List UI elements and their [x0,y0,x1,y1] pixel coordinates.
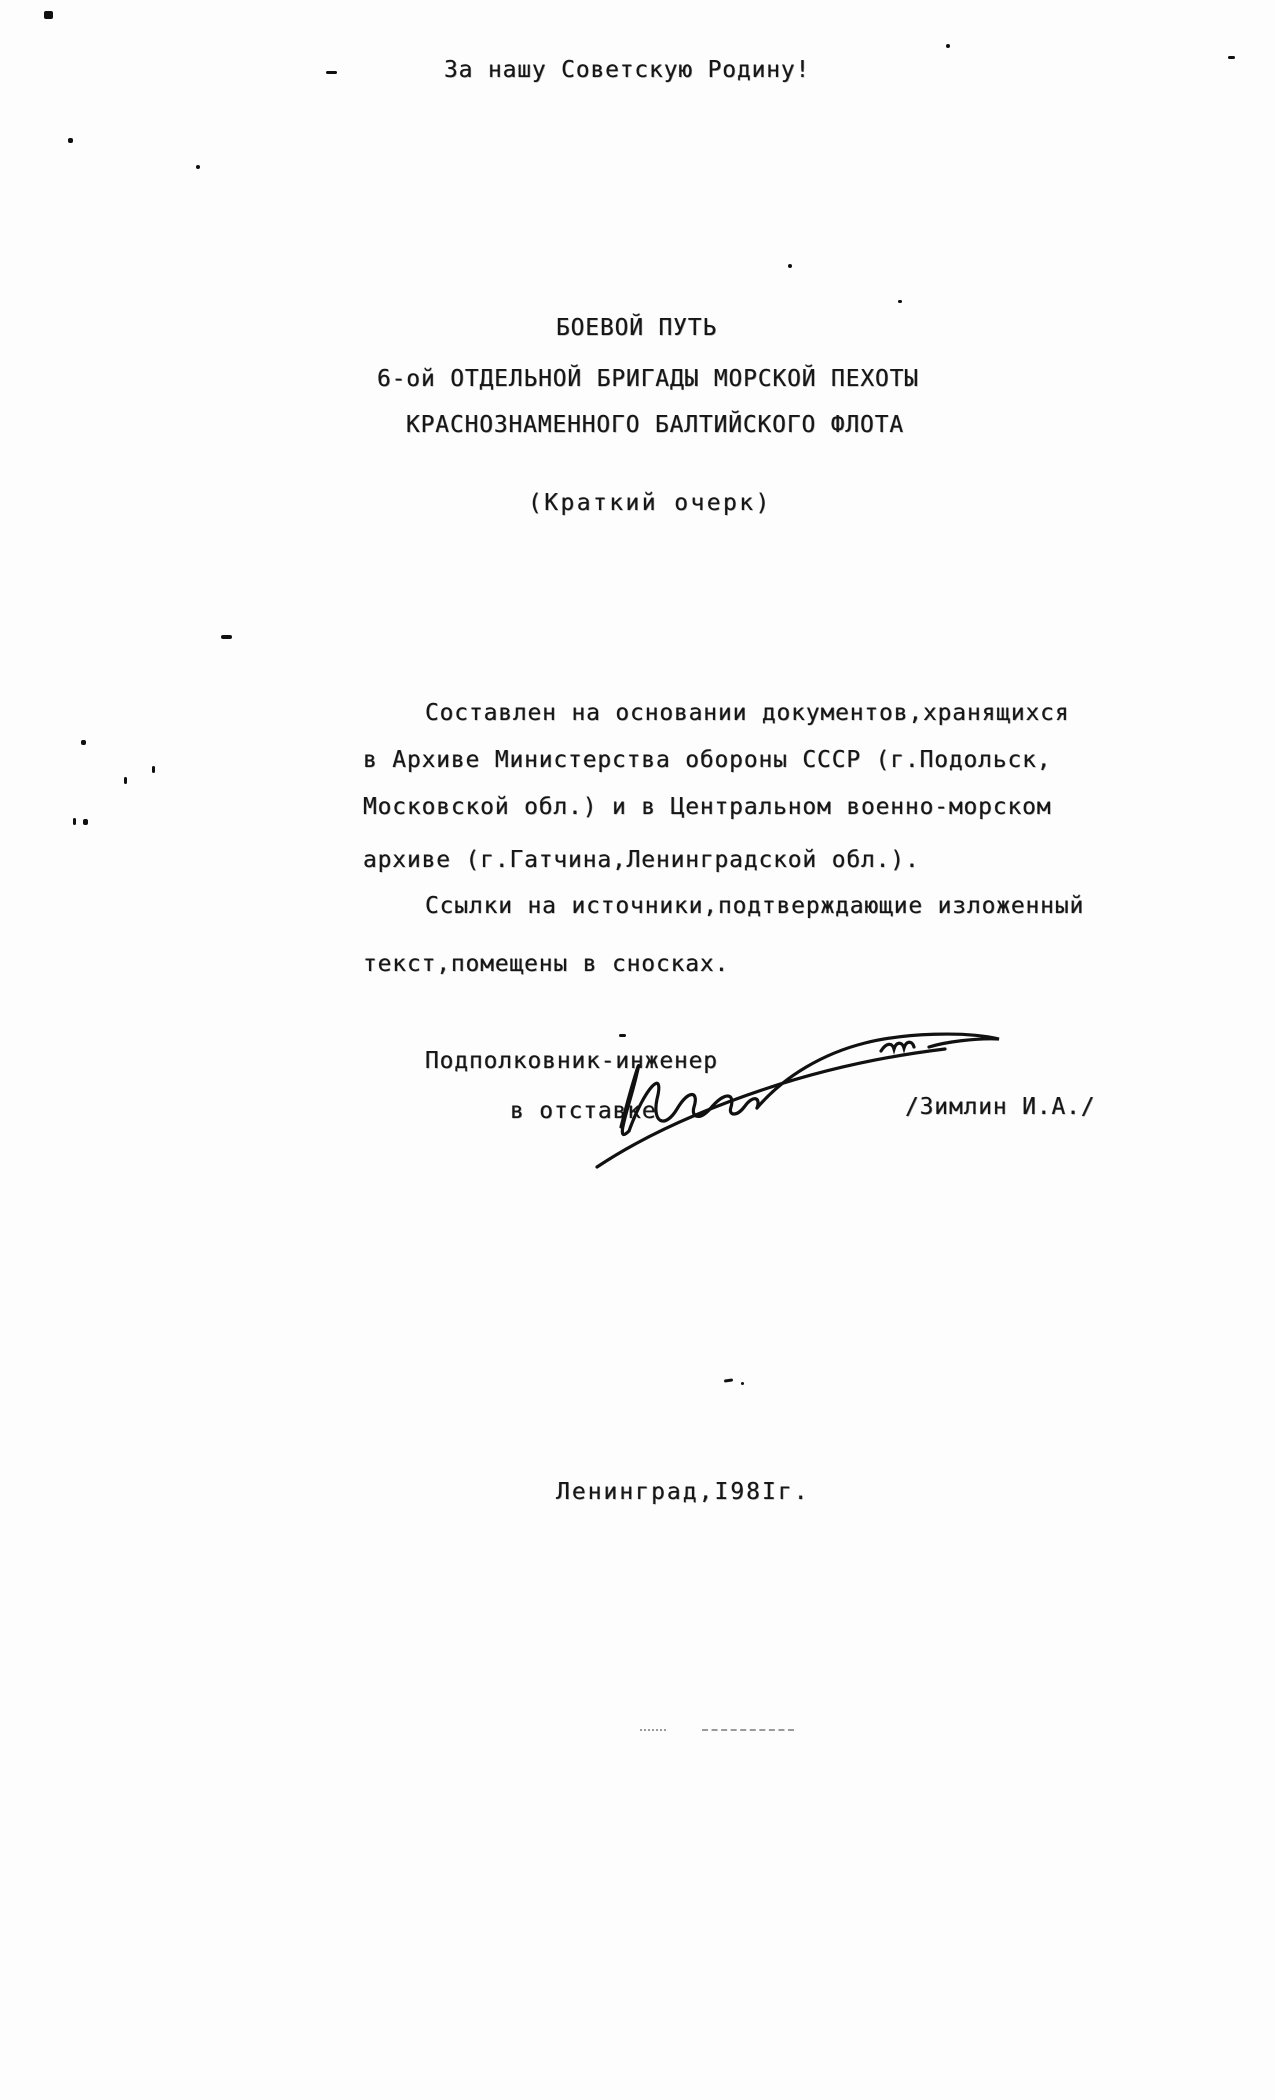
body-paragraph2-line2: текст,помещены в сносках. [363,951,729,977]
motto-line: За нашу Советскую Родину! [444,57,810,83]
document-subtitle: (Краткий очерк) [528,490,772,516]
scan-speck [946,44,950,48]
scan-speck [152,766,155,773]
scan-speck [898,300,902,303]
pencil-mark-segment [640,1729,666,1731]
scan-speck [73,818,76,825]
scan-speck [124,777,127,784]
scan-speck [326,71,337,74]
document-title-line-3: КРАСНОЗНАМЕННОГО БАЛТИЙСКОГО ФЛОТА [406,412,904,438]
scan-speck [81,740,86,745]
footer-place-year: Ленинград,I98Iг. [556,1479,810,1505]
scan-speck [68,138,73,143]
body-paragraph2-line1: Ссылки на источники,подтверждающие излож… [425,893,1084,919]
signature-typed-name: /Зимлин И.А./ [905,1094,1095,1120]
scanned-document-page: За нашу Советскую Родину! БОЕВОЙ ПУТЬ 6-… [0,0,1275,2100]
scan-speck [741,1382,744,1385]
document-title-line-1: БОЕВОЙ ПУТЬ [556,315,717,341]
scan-speck [724,1378,733,1382]
body-paragraph1-line2: в Архиве Министерства обороны СССР (г.По… [363,747,1051,773]
body-paragraph1-line1: Составлен на основании документов,хранящ… [425,700,1069,726]
scan-speck [83,819,88,825]
scan-speck [221,635,232,639]
body-paragraph1-line4: архиве (г.Гатчина,Ленинградской обл.). [363,847,920,873]
faint-pencil-marks [640,1728,800,1732]
scan-speck [44,11,53,19]
scan-speck [1228,56,1235,59]
scan-speck [619,1034,626,1037]
scan-speck [788,264,792,268]
pencil-mark-segment [702,1729,794,1731]
scan-speck [196,165,200,169]
body-paragraph1-line3: Московской обл.) и в Центральном военно-… [363,794,1051,820]
document-title-line-2: 6-ой ОТДЕЛЬНОЙ БРИГАДЫ МОРСКОЙ ПЕХОТЫ [377,366,919,392]
